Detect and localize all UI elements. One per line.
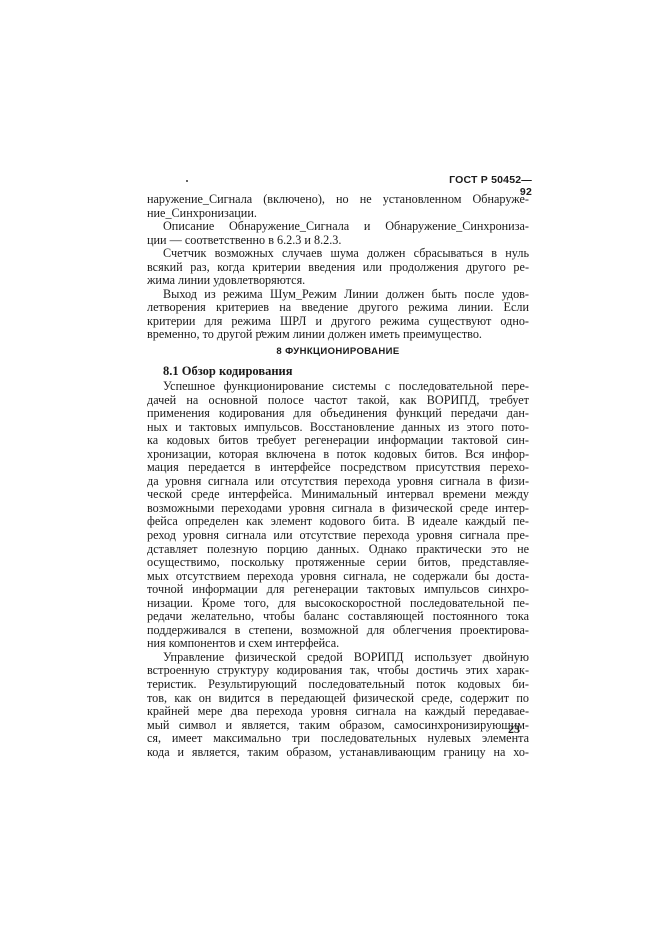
subsection-heading: 8.1 Обзор кодирования xyxy=(163,364,293,379)
text-line: дставляет полезную порцию данных. Однако… xyxy=(147,543,529,557)
text-line: применения кодирования для объединения ф… xyxy=(147,407,529,421)
text-line: Успешное функционирование системы с посл… xyxy=(147,380,529,394)
text-line: ния компонентов и схем интерфейса. xyxy=(147,637,529,651)
text-line: Выход из режима Шум_Режим Линии должен б… xyxy=(147,288,529,302)
text-line: хронизации, которая включена в поток код… xyxy=(147,448,529,462)
text-line: осуществимо, поскольку протяженные серии… xyxy=(147,556,529,570)
text-line: ся, имеет максимально три последовательн… xyxy=(147,732,529,746)
scan-speck xyxy=(261,331,263,333)
text-line: мация передается в интерфейсе посредство… xyxy=(147,461,529,475)
text-line: ние_Синхронизации. xyxy=(147,207,529,221)
text-line: ции — соответственно в 6.2.3 и 8.2.3. xyxy=(147,234,529,248)
scan-speck xyxy=(186,180,188,182)
text-line: жима линии удовлетворяются. xyxy=(147,274,529,288)
text-line: дачей на основной полосе частот такой, к… xyxy=(147,394,529,408)
paragraph-block-1: наружение_Сигнала (включено), но не уста… xyxy=(147,193,529,342)
text-line: кода и является, таким образом, устанавл… xyxy=(147,746,529,760)
text-line: фейса определен как элемент кодового бит… xyxy=(147,515,529,529)
text-line: летворения критериев на введение другого… xyxy=(147,301,529,315)
text-line: мых отсутствием перехода уровня сигнала,… xyxy=(147,570,529,584)
text-line: Управление физической средой ВОРИПД испо… xyxy=(147,651,529,665)
text-line: Счетчик возможных случаев шума должен сб… xyxy=(147,247,529,261)
text-line: точной информации для регенерации тактов… xyxy=(147,583,529,597)
text-line: встроенную структуру кодирования так, чт… xyxy=(147,664,529,678)
text-line: поддерживался в степени, возможной для о… xyxy=(147,624,529,638)
section-heading: 8 ФУНКЦИОНИРОВАНИЕ xyxy=(147,346,529,357)
text-line: теристик. Результирующий последовательны… xyxy=(147,678,529,692)
text-line: низации. Кроме того, для высокоскоростно… xyxy=(147,597,529,611)
text-line: ных и тактовых импульсов. Восстановление… xyxy=(147,421,529,435)
text-line: Описание Обнаружение_Сигнала и Обнаружен… xyxy=(147,220,529,234)
text-line: всякий раз, когда критерии введения или … xyxy=(147,261,529,275)
text-line: крайней мере два перехода уровня сигнала… xyxy=(147,705,529,719)
document-page: ГОСТ Р 50452—92 наружение_Сигнала (включ… xyxy=(0,0,661,935)
text-line: возможными переходами уровня сигнала в ф… xyxy=(147,502,529,516)
text-line: временно, то другой режим линии должен и… xyxy=(147,328,529,342)
text-line: ческой среде интерфейса. Минимальный инт… xyxy=(147,488,529,502)
text-line: мый символ и является, таким образом, са… xyxy=(147,719,529,733)
text-line: наружение_Сигнала (включено), но не уста… xyxy=(147,193,529,207)
text-line: редачи желательно, чтобы баланс составля… xyxy=(147,610,529,624)
text-line: критерии для режима ШРЛ и другого режима… xyxy=(147,315,529,329)
text-line: реход уровня сигнала или отсутствие пере… xyxy=(147,529,529,543)
text-line: тов, как он видится в передающей физичес… xyxy=(147,692,529,706)
page-number: 23 xyxy=(508,722,520,737)
text-line: да уровня сигнала или отсутствия переход… xyxy=(147,475,529,489)
paragraph-block-2: Успешное функционирование системы с посл… xyxy=(147,380,529,759)
text-line: ка кодовых битов требует регенерации инф… xyxy=(147,434,529,448)
